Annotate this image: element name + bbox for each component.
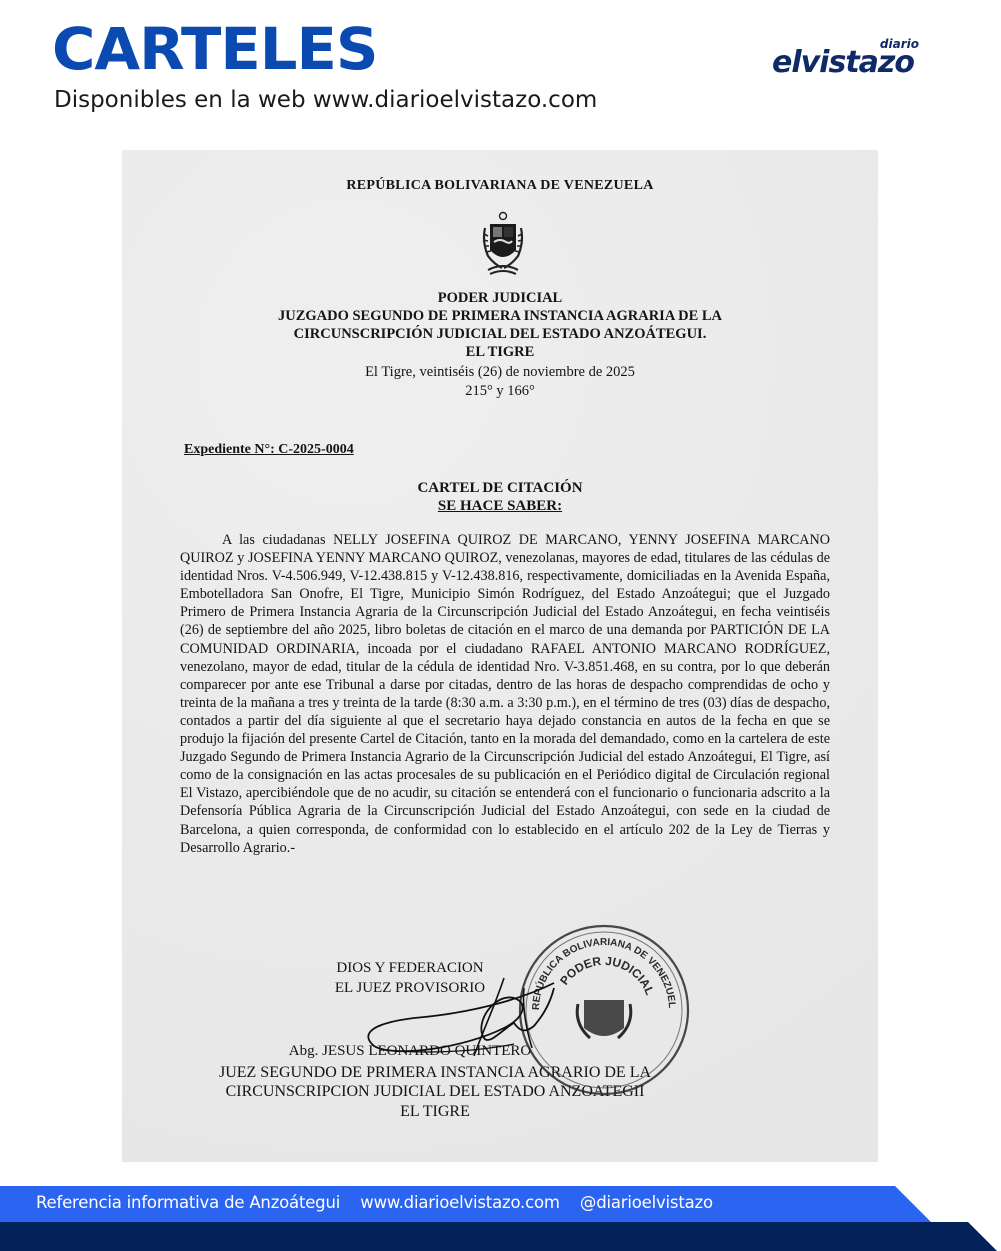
footer-text: Referencia informativa de Anzoátegui www… bbox=[36, 1195, 713, 1212]
republic-heading: REPÚBLICA BOLIVARIANA DE VENEZUELA bbox=[122, 178, 878, 194]
closing-line-2: EL JUEZ PROVISORIO bbox=[32, 980, 788, 997]
court-notice-document: REPÚBLICA BOLIVARIANA DE VENEZUELA PODER… bbox=[122, 150, 878, 1162]
page-subtitle: Disponibles en la web www.diarioelvistaz… bbox=[54, 89, 597, 112]
judge-title-2: CIRCUNSCRIPCION JUDICIAL DEL ESTADO ANZO… bbox=[57, 1083, 813, 1101]
judge-name: Abg. JESUS LEONARDO QUINTERO bbox=[32, 1043, 788, 1060]
heading-line-1: PODER JUDICIAL bbox=[122, 290, 878, 307]
footer-bottom-bar bbox=[0, 1222, 1001, 1251]
expediente-number: Expediente N°: C-2025-0004 bbox=[184, 442, 354, 458]
elvistazo-logo[interactable]: diario elvistazo bbox=[772, 36, 947, 86]
judge-title-3: EL TIGRE bbox=[57, 1103, 813, 1121]
cartel-title: CARTEL DE CITACIÓN bbox=[122, 480, 878, 497]
venezuela-coat-of-arms-icon bbox=[480, 210, 526, 280]
heading-line-4: EL TIGRE bbox=[122, 344, 878, 361]
cartel-subtitle: SE HACE SABER: bbox=[122, 498, 878, 515]
judge-title-1: JUEZ SEGUNDO DE PRIMERA INSTANCIA AGRARI… bbox=[57, 1064, 813, 1082]
document-date: El Tigre, veintiséis (26) de noviembre d… bbox=[122, 364, 878, 381]
notice-body: A las ciudadanas NELLY JOSEFINA QUIROZ D… bbox=[180, 531, 830, 857]
document-years: 215° y 166° bbox=[122, 383, 878, 400]
logo-main-text: elvistazo bbox=[772, 48, 914, 78]
heading-line-2: JUZGADO SEGUNDO DE PRIMERA INSTANCIA AGR… bbox=[122, 308, 878, 325]
page-title: CARTELES bbox=[52, 20, 377, 78]
heading-line-3: CIRCUNSCRIPCIÓN JUDICIAL DEL ESTADO ANZO… bbox=[122, 326, 878, 343]
closing-line-1: DIOS Y FEDERACION bbox=[32, 960, 788, 977]
